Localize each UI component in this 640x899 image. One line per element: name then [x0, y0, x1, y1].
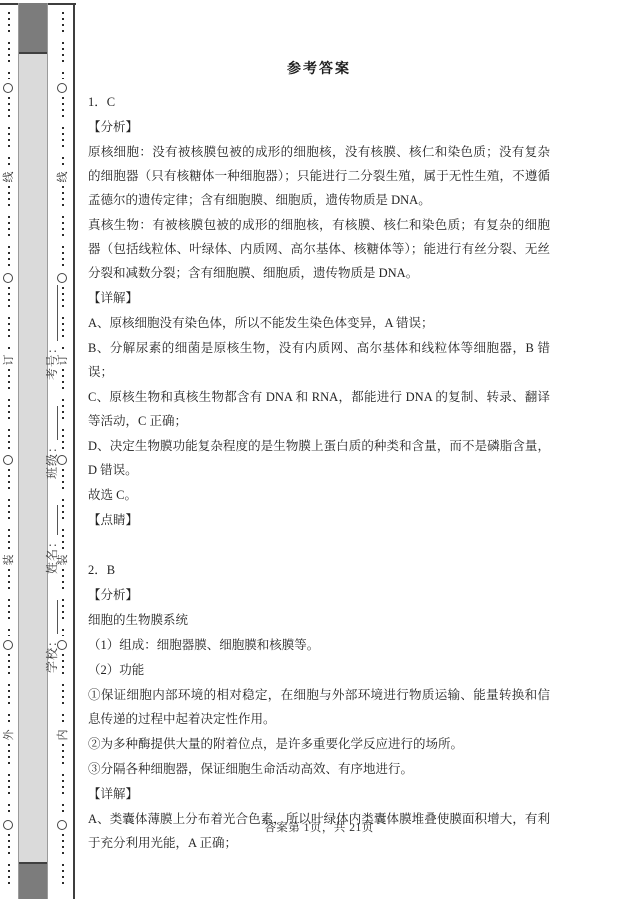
binding-dotted-line [62, 369, 64, 451]
binding-dotted-line [8, 97, 10, 168]
answer-paragraph: B、分解尿素的细菌是原核生物，没有内质网、高尔基体和线粒体等细胞器，B 错误； [88, 336, 550, 384]
binding-right-border [73, 3, 75, 899]
page-title: 参考答案 [88, 58, 550, 78]
answer-paragraph: 【详解】 [88, 782, 550, 806]
answer-block: 1．C【分析】原核细胞：没有被核膜包被的成形的细胞核，没有核膜、核仁和染色质；没… [88, 90, 550, 532]
answer-paragraph: （1）组成：细胞器膜、细胞膜和核膜等。 [88, 633, 550, 657]
binding-dotted-line [62, 186, 64, 269]
binding-dotted-line [8, 186, 10, 269]
punch-hole-icon [57, 455, 67, 465]
page-footer: 答案第 1页，共 21页 [88, 819, 550, 835]
answer-block: 2．B【分析】细胞的生物膜系统（1）组成：细胞器膜、细胞膜和核膜等。（2）功能①… [88, 558, 550, 855]
answer-paragraph: ②为多种酶提供大量的附着位点，是许多重要化学反应进行的场所。 [88, 732, 550, 756]
answer-number: 1．C [88, 90, 550, 114]
binding-line-character: 内 [55, 726, 71, 744]
binding-dotted-line [8, 287, 10, 351]
binding-dotted-line [8, 654, 10, 726]
answer-paragraph: C、原核生物和真核生物都含有 DNA 和 RNA，都能进行 DNA 的复制、转录… [88, 385, 550, 433]
answer-content: 参考答案 1．C【分析】原核细胞：没有被核膜包被的成形的细胞核，没有核膜、核仁和… [76, 0, 640, 899]
binding-line-character: 装 [1, 551, 17, 569]
binding-dotted-line [62, 834, 64, 890]
binding-dotted-line [62, 654, 64, 726]
answer-paragraph: （2）功能 [88, 658, 550, 682]
answer-paragraph: D、决定生物膜功能复杂程度的是生物膜上蛋白质的种类和含量，而不是磷脂含量，D 错… [88, 434, 550, 482]
binding-dotted-line [8, 369, 10, 451]
answer-paragraph: 细胞的生物膜系统 [88, 608, 550, 632]
punch-hole-icon [57, 640, 67, 650]
answer-number: 2．B [88, 558, 550, 582]
binding-line-character: 订 [1, 351, 17, 369]
binding-dotted-line [8, 744, 10, 816]
binding-dotted-line [8, 834, 10, 890]
punch-hole-icon [3, 820, 13, 830]
binding-strip-inner: 线订装内 [57, 0, 69, 899]
binding-block-top [19, 3, 47, 54]
answer-paragraph: 【分析】 [88, 583, 550, 607]
answer-paragraph: ①保证细胞内部环境的相对稳定，在细胞与外部环境进行物质运输、能量转换和信息传递的… [88, 683, 550, 731]
binding-dotted-line [8, 469, 10, 551]
answer-paragraph: 真核生物：有被核膜包被的成形的细胞核，有核膜、核仁和染色质；有复杂的细胞器（包括… [88, 213, 550, 285]
answer-paragraph: 故选 C。 [88, 483, 550, 507]
binding-dotted-line [8, 569, 10, 636]
binding-line-character: 线 [55, 168, 71, 186]
binding-dotted-line [62, 97, 64, 168]
answer-paragraph: 【分析】 [88, 115, 550, 139]
punch-hole-icon [57, 820, 67, 830]
binding-line-character: 线 [1, 168, 17, 186]
punch-hole-icon [3, 273, 13, 283]
binding-dotted-line [8, 12, 10, 79]
binding-line-character: 订 [55, 351, 71, 369]
student-info-column: 学校：姓名：班级：考号： [18, 3, 48, 899]
answers-list: 1．C【分析】原核细胞：没有被核膜包被的成形的细胞核，没有核膜、核仁和染色质；没… [88, 90, 550, 855]
answer-paragraph: A、原核细胞没有染色体，所以不能发生染色体变异，A 错误； [88, 311, 550, 335]
binding-margin: 线订装外 学校：姓名：班级：考号： 线订装内 [0, 0, 76, 899]
binding-block-bottom [19, 862, 47, 899]
binding-line-character: 装 [55, 551, 71, 569]
punch-hole-icon [3, 83, 13, 93]
punch-hole-icon [3, 455, 13, 465]
binding-strip-outer: 线订装外 [3, 0, 15, 899]
binding-dotted-line [62, 12, 64, 79]
binding-line-character: 外 [1, 726, 17, 744]
punch-hole-icon [57, 273, 67, 283]
document-page: 线订装外 学校：姓名：班级：考号： 线订装内 参考答案 1．C【分析】原核细胞：… [0, 0, 640, 899]
answer-paragraph: 【点睛】 [88, 508, 550, 532]
answer-paragraph: 【详解】 [88, 286, 550, 310]
binding-dotted-line [62, 287, 64, 351]
binding-dotted-line [62, 744, 64, 816]
punch-hole-icon [3, 640, 13, 650]
punch-hole-icon [57, 83, 67, 93]
binding-dotted-line [62, 569, 64, 636]
answer-paragraph: ③分隔各种细胞器，保证细胞生命活动高效、有序地进行。 [88, 757, 550, 781]
binding-dotted-line [62, 469, 64, 551]
answer-paragraph: 原核细胞：没有被核膜包被的成形的细胞核，没有核膜、核仁和染色质；没有复杂的细胞器… [88, 140, 550, 212]
